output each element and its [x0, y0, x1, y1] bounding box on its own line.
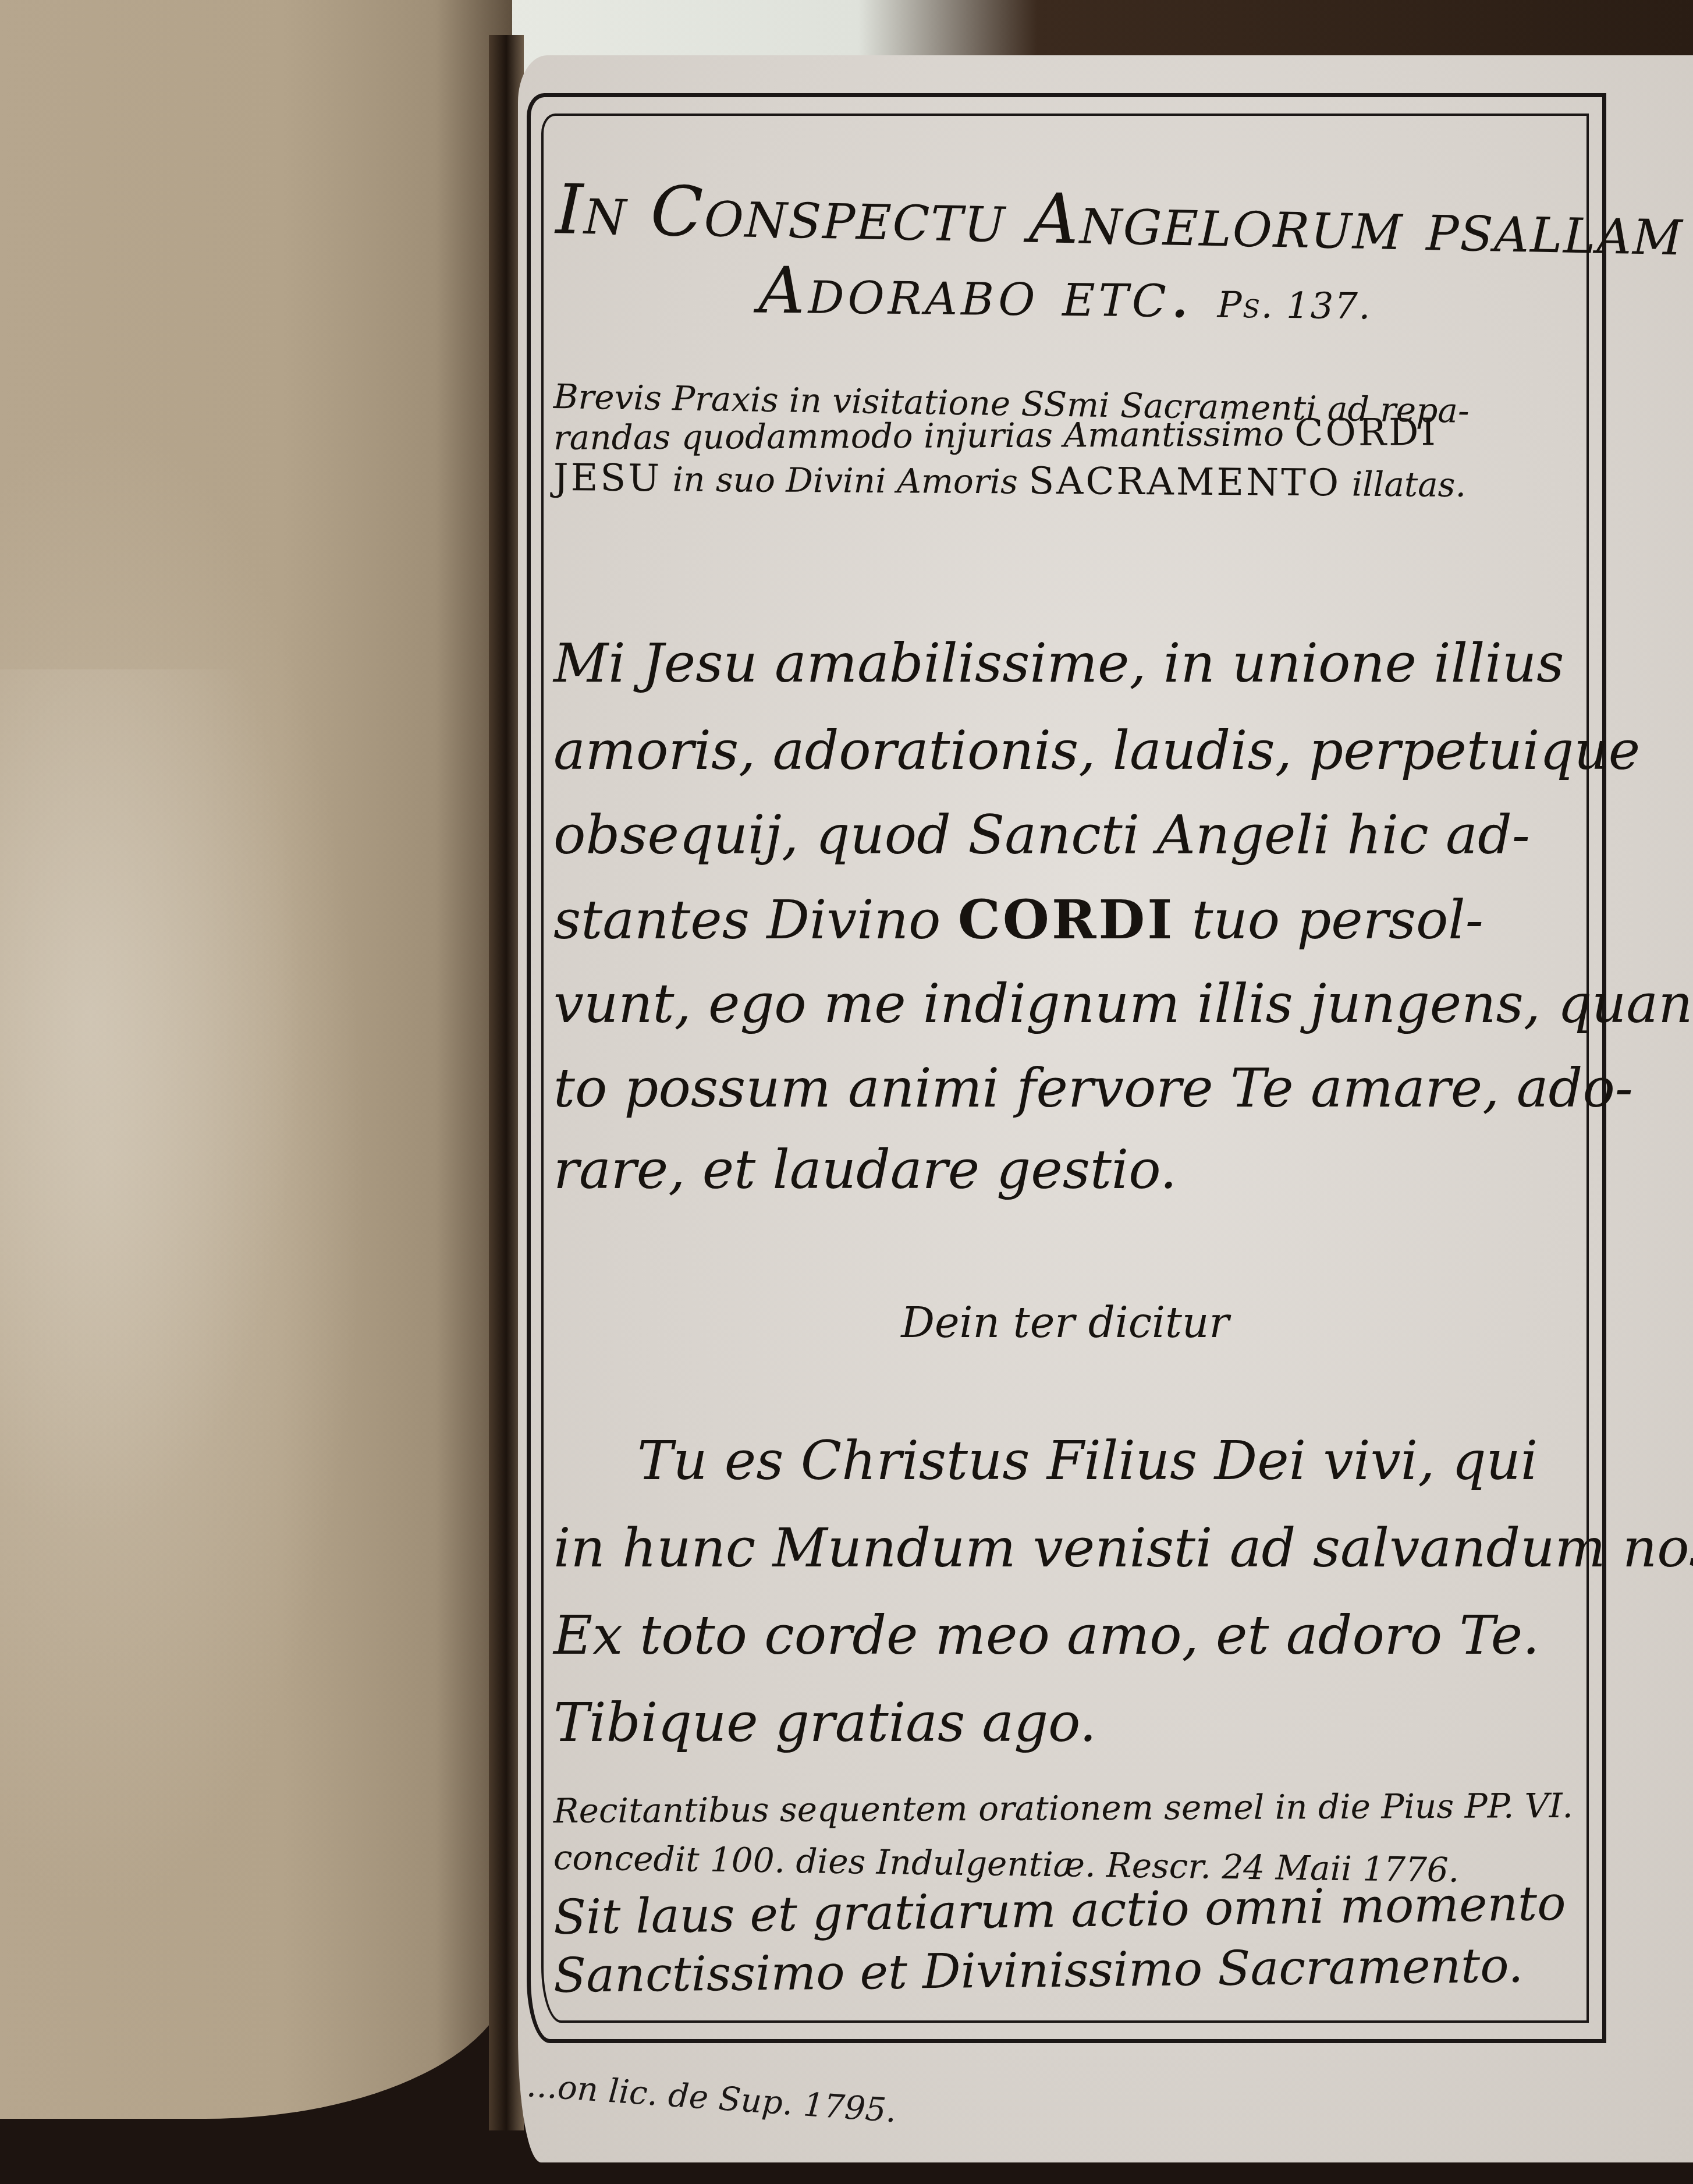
psalm-reference: Ps. 137. — [1217, 283, 1371, 328]
closing-line-2: Sanctissimo et Divinissimo Sacramento. — [550, 1939, 1584, 2002]
confession-line: Tibique gratias ago. — [550, 1694, 1584, 1752]
prayer-text: stantes Divino — [553, 889, 958, 951]
intro-line-2: randas quodammodo injurias Amantissimo C… — [550, 414, 1584, 456]
prayer-line: vunt, ego me indignum illis jungens, qua… — [550, 975, 1584, 1033]
closing-line-1: Sit laus et gratiarum actio omni momento — [549, 1877, 1584, 1944]
prayer-line: rare, et laudare gestio. — [550, 1141, 1584, 1199]
intro-text: illatas. — [1341, 464, 1466, 504]
indulgence-note-line-1: Recitantibus sequentem orationem semel i… — [550, 1788, 1584, 1829]
intro-cordi: CORDI — [1294, 411, 1438, 455]
prayer-line: amoris, adorationis, laudis, perpetuique — [550, 722, 1584, 780]
intro-line-3: JESU in suo Divini Amoris SACRAMENTO ill… — [550, 460, 1584, 504]
water-stain — [0, 669, 303, 1543]
prayer-line: Mi Jesu amabilissime, in unione illius — [550, 634, 1584, 693]
rubric: Dein ter dicitur — [550, 1298, 1580, 1347]
prayer-text: tuo persol- — [1174, 889, 1483, 951]
intro-text: in suo Divini Amoris — [662, 459, 1029, 501]
page-content: In Conspectu Angelorum psallam tibi Ador… — [550, 134, 1580, 2014]
confession-line: in hunc Mundum venisti ad salvandum nos. — [550, 1519, 1584, 1577]
page-title-line-2: Adorabo etc. Ps. 137. — [549, 251, 1580, 336]
intro-text: randas quodammodo injurias Amantissimo — [553, 414, 1295, 458]
confession-line: Tu es Christus Filius Dei vivi, qui — [550, 1432, 1667, 1490]
prayer-line: to possum animi fervore Te amare, ado- — [550, 1059, 1584, 1118]
prayer-cordi: CORDI — [958, 888, 1175, 951]
prayer-line: stantes Divino CORDI tuo persol- — [550, 891, 1584, 949]
left-page — [0, 0, 512, 2119]
confession-line: Ex toto corde meo amo, et adoro Te. — [550, 1607, 1584, 1665]
intro-jesu: JESU — [553, 456, 662, 500]
prayer-line: obsequij, quod Sancti Angeli hic ad- — [550, 806, 1584, 864]
title-adorabo: Adorabo etc. — [758, 253, 1194, 332]
intro-sacramento: SACRAMENTO — [1028, 460, 1341, 505]
